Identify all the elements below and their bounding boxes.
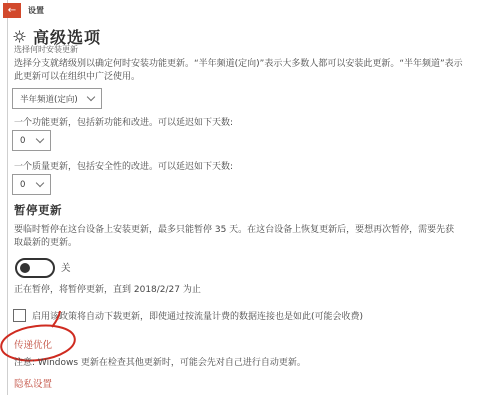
feature-deferral-label: 一个功能更新，包括新功能和改进。可以延迟如下天数: [14, 117, 469, 130]
delivery-optimization-link[interactable]: 传递优化 [14, 337, 52, 351]
feature-deferral-value: 0 [20, 136, 25, 146]
privacy-settings-link[interactable]: 隐私设置 [14, 376, 52, 390]
chevron-down-icon [87, 93, 95, 101]
quality-deferral-dropdown[interactable]: 0 [12, 174, 51, 195]
metered-download-label: 启用该政策将自动下载更新，即使通过按流量计费的数据连接也是如此(可能会收费) [32, 311, 462, 324]
pause-updates-heading: 暂停更新 [14, 202, 62, 218]
toggle-knob-icon [20, 263, 30, 273]
quality-deferral-label: 一个质量更新，包括安全性的改进。可以延迟如下天数: [14, 161, 469, 174]
branch-description: 选择分支就绪级别以确定何时安装功能更新。“半年频道(定向)”表示大多数人都可以安… [14, 58, 469, 83]
window-left-border [7, 0, 8, 395]
pause-toggle[interactable] [15, 258, 55, 278]
branch-channel-dropdown[interactable]: 半年频道(定向) [12, 88, 102, 109]
page-subtitle: 选择何时安装更新 [14, 44, 78, 55]
metered-download-checkbox[interactable] [13, 309, 26, 322]
pause-toggle-state: 关 [61, 260, 71, 274]
chevron-down-icon [36, 179, 44, 187]
feature-deferral-dropdown[interactable]: 0 [12, 130, 51, 151]
pause-status-text: 正在暂停，将暂停更新，直到 2018/2/27 为止 [14, 284, 464, 297]
update-note: 注意: Windows 更新在检查其他更新时，可能会先对自己进行自动更新。 [14, 357, 464, 370]
pause-updates-description: 要临时暂停在这台设备上安装更新，最多只能暂停 35 天。在这台设备上恢复更新后，… [14, 224, 461, 249]
back-button[interactable]: ← [3, 3, 21, 18]
branch-channel-value: 半年频道(定向) [20, 93, 78, 105]
quality-deferral-value: 0 [20, 180, 25, 190]
app-title: 设置 [28, 5, 44, 16]
chevron-down-icon [36, 135, 44, 143]
